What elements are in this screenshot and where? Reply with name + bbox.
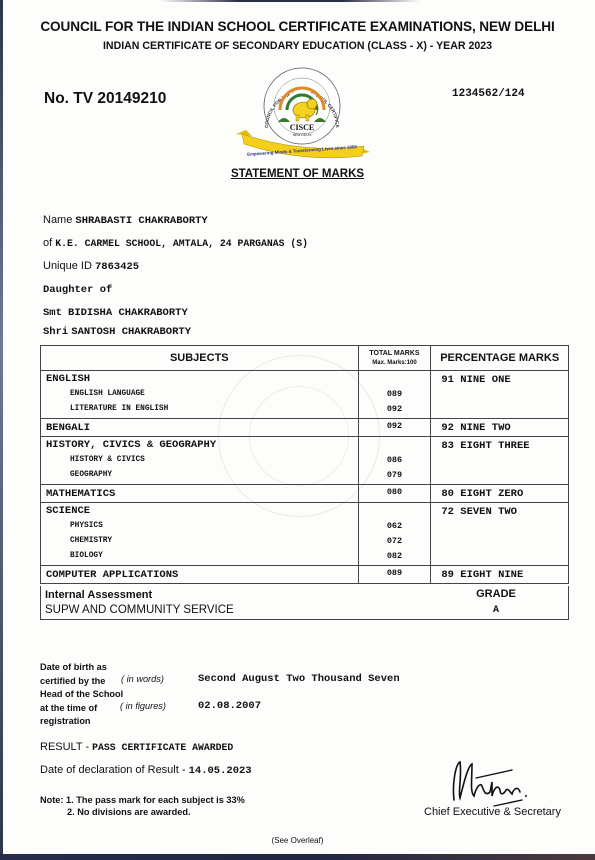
marks-table: SUBJECTS TOTAL MARKS Max. Marks:100 PERC… bbox=[40, 345, 569, 584]
percentage-cell: 92 NINE TWO bbox=[431, 419, 569, 437]
ia-item: SUPW AND COMMUNITY SERVICE bbox=[45, 604, 234, 616]
component-name: PHYSICS bbox=[41, 519, 358, 534]
school-row: of K.E. CARMEL SCHOOL, AMTALA, 24 PARGAN… bbox=[43, 237, 308, 249]
subject-row: ENGLISHENGLISH LANGUAGELITERATURE IN ENG… bbox=[41, 371, 569, 419]
exam-title: INDIAN CERTIFICATE OF SECONDARY EDUCATIO… bbox=[0, 40, 595, 52]
total-marks-cell: 080 bbox=[358, 485, 431, 503]
cisce-logo-icon: COUNCIL FOR THE INDIAN SCHOOL CERTIFICAT… bbox=[232, 66, 372, 166]
mother-prefix: Smt bbox=[43, 307, 62, 319]
father-prefix: Shri bbox=[43, 326, 68, 338]
subject-row: HISTORY, CIVICS & GEOGRAPHYHISTORY & CIV… bbox=[41, 437, 569, 485]
scan-edge-bottom bbox=[0, 854, 595, 860]
svg-text:NEW DELHI: NEW DELHI bbox=[293, 133, 312, 137]
declaration-row: Date of declaration of Result - 14.05.20… bbox=[40, 764, 252, 777]
total-marks-cell: 092 bbox=[358, 419, 431, 437]
component-name: HISTORY & CIVICS bbox=[41, 453, 358, 468]
school-label: of bbox=[43, 237, 52, 249]
dob-figures-hint: ( in figures) bbox=[120, 701, 166, 711]
component-marks: 086 bbox=[359, 453, 431, 468]
component-marks: 079 bbox=[359, 468, 431, 483]
result-value: PASS CERTIFICATE AWARDED bbox=[92, 742, 233, 753]
candidate-name-row: Name SHRABASTI CHAKRABORTY bbox=[43, 214, 208, 227]
total-marks-cell: 089092 bbox=[358, 371, 431, 419]
serial-number: 1234562/124 bbox=[452, 88, 525, 100]
name-label: Name bbox=[43, 214, 72, 226]
component-name: BIOLOGY bbox=[41, 549, 358, 564]
percentage-cell: 91 NINE ONE bbox=[431, 371, 569, 419]
percentage-marks: 91 NINE ONE bbox=[431, 371, 568, 388]
subject-name: MATHEMATICS bbox=[41, 485, 358, 502]
component-name: GEOGRAPHY bbox=[41, 468, 358, 483]
subject-row: MATHEMATICS08080 EIGHT ZERO bbox=[41, 485, 569, 503]
percentage-cell: 89 EIGHT NINE bbox=[431, 566, 569, 584]
father-row: Shri SANTOSH CHAKRABORTY bbox=[43, 325, 191, 338]
school-name: K.E. CARMEL SCHOOL, AMTALA, 24 PARGANAS … bbox=[55, 238, 308, 249]
subject-cell: HISTORY, CIVICS & GEOGRAPHYHISTORY & CIV… bbox=[41, 437, 359, 485]
subject-name: SCIENCE bbox=[41, 503, 358, 519]
dob-words-hint: ( in words) bbox=[121, 674, 164, 684]
header-percentage: PERCENTAGE MARKS bbox=[431, 346, 569, 371]
ia-grade: A bbox=[441, 605, 551, 616]
signatory-title: Chief Executive & Secretary bbox=[424, 806, 561, 818]
subject-cell: BENGALI bbox=[41, 419, 359, 437]
mother-row: Smt BIDISHA CHAKRABORTY bbox=[43, 306, 188, 319]
component-name: LITERATURE IN ENGLISH bbox=[41, 402, 358, 417]
unique-id-row: Unique ID 7863425 bbox=[43, 260, 139, 273]
dob-label-line: registration bbox=[40, 715, 123, 729]
component-marks: 089 bbox=[359, 387, 431, 402]
percentage-marks: 89 EIGHT NINE bbox=[431, 566, 568, 583]
dob-label-line: certified by the bbox=[40, 675, 123, 689]
council-title: COUNCIL FOR THE INDIAN SCHOOL CERTIFICAT… bbox=[0, 19, 595, 34]
percentage-marks: 72 SEVEN TWO bbox=[431, 503, 568, 520]
component-marks: 092 bbox=[359, 402, 431, 417]
subject-cell: ENGLISHENGLISH LANGUAGELITERATURE IN ENG… bbox=[41, 371, 359, 419]
candidate-name: SHRABASTI CHAKRABORTY bbox=[75, 215, 207, 227]
percentage-marks: 83 EIGHT THREE bbox=[431, 437, 568, 454]
dob-in-figures: 02.08.2007 bbox=[198, 700, 261, 712]
header-max-marks: Max. Marks:100 bbox=[372, 360, 416, 366]
total-marks-cell: 089 bbox=[358, 566, 431, 584]
dob-in-words: Second August Two Thousand Seven bbox=[198, 673, 400, 685]
header-total-marks: TOTAL MARKS Max. Marks:100 bbox=[358, 346, 431, 371]
declaration-date: 14.05.2023 bbox=[189, 765, 252, 777]
signature-icon bbox=[446, 752, 536, 807]
percentage-marks: 92 NINE TWO bbox=[431, 419, 568, 436]
scan-edge-left bbox=[0, 0, 3, 860]
unique-id: 7863425 bbox=[95, 261, 139, 273]
relation-row: Daughter of bbox=[43, 283, 112, 296]
result-row: RESULT - PASS CERTIFICATE AWARDED bbox=[40, 741, 233, 753]
component-name: ENGLISH LANGUAGE bbox=[41, 387, 358, 402]
subject-total-marks: 089 bbox=[359, 566, 431, 583]
result-label: RESULT - bbox=[40, 741, 89, 753]
header-subjects: SUBJECTS bbox=[41, 346, 359, 371]
subject-row: SCIENCEPHYSICSCHEMISTRYBIOLOGY0620720827… bbox=[41, 503, 569, 566]
certificate-number: No. TV 20149210 bbox=[44, 90, 166, 108]
percentage-marks: 80 EIGHT ZERO bbox=[431, 485, 568, 502]
percentage-cell: 83 EIGHT THREE bbox=[431, 437, 569, 485]
dob-label-line: Date of birth as bbox=[40, 661, 123, 675]
ia-title: Internal Assessment bbox=[45, 589, 152, 601]
subject-name: BENGALI bbox=[41, 419, 358, 436]
unique-id-label: Unique ID bbox=[43, 260, 92, 272]
see-overleaf: (See Overleaf) bbox=[0, 836, 595, 845]
dob-label-line: Head of the School bbox=[40, 688, 123, 702]
note-label: Note: bbox=[40, 795, 63, 805]
declaration-label: Date of declaration of Result - bbox=[40, 764, 186, 776]
relation-label: Daughter of bbox=[43, 284, 112, 296]
total-marks-cell: 086079 bbox=[358, 437, 431, 485]
component-marks: 062 bbox=[359, 519, 431, 534]
percentage-cell: 72 SEVEN TWO bbox=[431, 503, 569, 566]
subject-cell: MATHEMATICS bbox=[41, 485, 359, 503]
subject-total-marks: 092 bbox=[359, 419, 431, 436]
component-name: CHEMISTRY bbox=[41, 534, 358, 549]
subject-row: COMPUTER APPLICATIONS08989 EIGHT NINE bbox=[41, 566, 569, 584]
dob-label: Date of birth as certified by the Head o… bbox=[40, 661, 123, 729]
total-marks-cell: 062072082 bbox=[358, 503, 431, 566]
subject-row: BENGALI09292 NINE TWO bbox=[41, 419, 569, 437]
component-marks: 072 bbox=[359, 534, 431, 549]
subject-cell: COMPUTER APPLICATIONS bbox=[41, 566, 359, 584]
mother-name: BIDISHA CHAKRABORTY bbox=[68, 307, 188, 319]
scan-edge-top bbox=[160, 0, 420, 2]
statement-title: STATEMENT OF MARKS bbox=[0, 168, 595, 180]
note-item: 2. No divisions are awarded. bbox=[40, 807, 245, 819]
header-total-label: TOTAL MARKS bbox=[369, 350, 419, 357]
note-item: 1. The pass mark for each subject is 33% bbox=[66, 795, 245, 805]
component-marks: 082 bbox=[359, 549, 431, 564]
internal-assessment: Internal Assessment SUPW AND COMMUNITY S… bbox=[40, 586, 569, 620]
subject-name: ENGLISH bbox=[41, 371, 358, 387]
father-name: SANTOSH CHAKRABORTY bbox=[71, 326, 191, 338]
svg-text:CISCE: CISCE bbox=[290, 123, 314, 132]
dob-label-line: at the time of bbox=[40, 702, 123, 716]
subject-cell: SCIENCEPHYSICSCHEMISTRYBIOLOGY bbox=[41, 503, 359, 566]
notes: Note: 1. The pass mark for each subject … bbox=[40, 795, 245, 818]
subject-total-marks: 080 bbox=[359, 485, 431, 502]
percentage-cell: 80 EIGHT ZERO bbox=[431, 485, 569, 503]
subject-name: HISTORY, CIVICS & GEOGRAPHY bbox=[41, 437, 358, 453]
ia-grade-header: GRADE bbox=[441, 588, 551, 600]
subject-name: COMPUTER APPLICATIONS bbox=[41, 566, 358, 583]
